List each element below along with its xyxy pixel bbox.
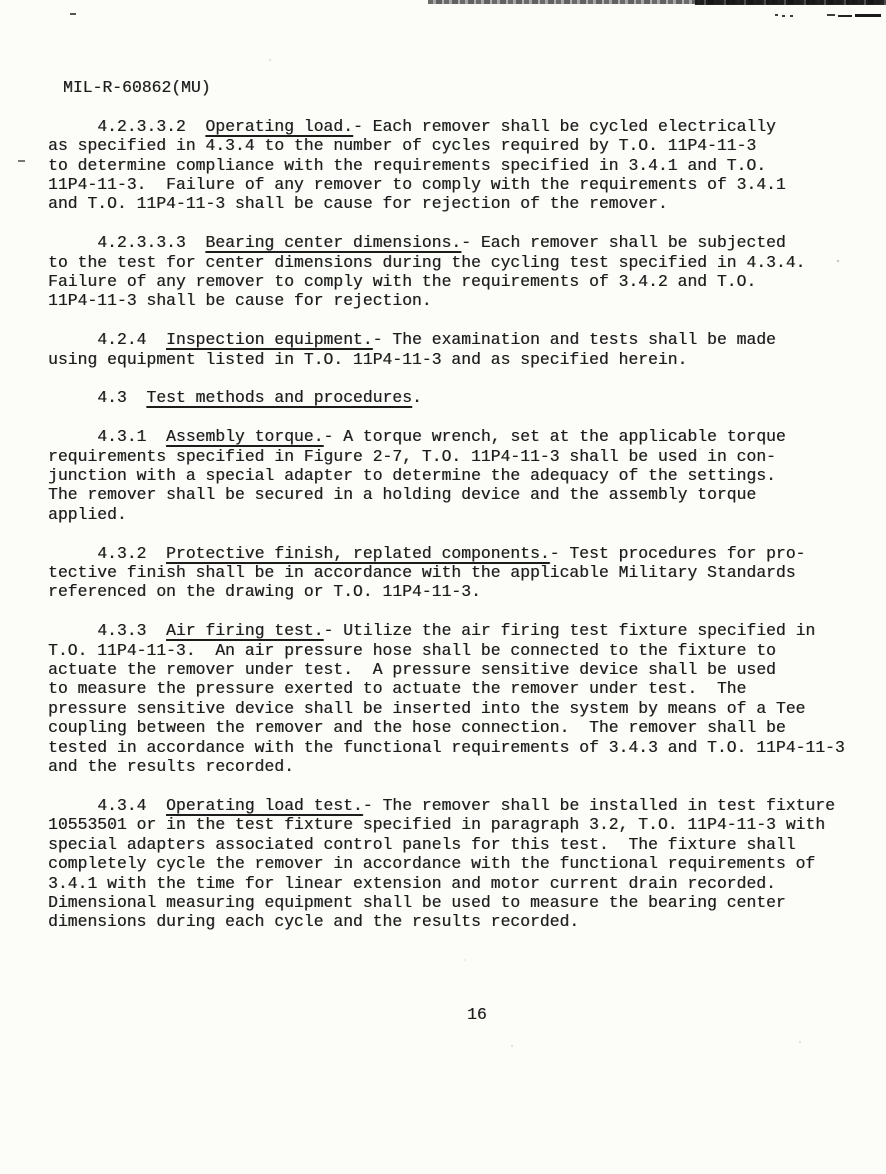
heading-4-3: 4.3 Test methods and procedures. [48,388,863,407]
section-title: Bearing center dimensions. [205,233,461,252]
document-page: MIL-R-60862(MU) 4.2.3.3.2 Operating load… [48,78,863,932]
section-body: . [412,388,422,407]
section-number: 4.3.3 [48,621,166,640]
section-title: Air firing test. [166,621,323,640]
scan-speck [18,160,25,162]
paragraph-4-2-3-3-2: 4.2.3.3.2 Operating load.- Each remover … [48,117,863,214]
section-number: 4.2.4 [48,330,166,349]
scan-artifact-top-band-dark [695,0,886,5]
scan-speck [790,15,793,17]
section-title: Protective finish, replated components. [166,544,550,563]
section-number: 4.2.3.3.3 [48,233,205,252]
scan-speck [775,14,778,16]
section-number: 4.2.3.3.2 [48,117,205,136]
paragraph-4-3-4: 4.3.4 Operating load test.- The remover … [48,796,863,932]
scan-speck [70,13,76,15]
section-body: - The remover shall be installed in test… [48,796,835,931]
paragraph-4-2-4: 4.2.4 Inspection equipment.- The examina… [48,330,863,369]
section-title: Operating load. [205,117,353,136]
section-body: - Utilize the air firing test fixture sp… [48,621,845,776]
scan-dash [827,14,835,16]
section-title: Operating load test. [166,796,363,815]
section-title: Assembly torque. [166,427,323,446]
section-number: 4.3 [48,388,146,407]
section-number: 4.3.4 [48,796,166,815]
paragraph-4-3-2: 4.3.2 Protective finish, replated compon… [48,544,863,602]
paragraph-4-2-3-3-3: 4.2.3.3.3 Bearing center dimensions.- Ea… [48,233,863,311]
section-title: Test methods and procedures [146,388,412,407]
section-title: Inspection equipment. [166,330,373,349]
page-number: 16 [467,1005,487,1024]
scan-dash [855,14,881,17]
document-number: MIL-R-60862(MU) [63,78,863,97]
section-number: 4.3.2 [48,544,166,563]
paragraph-4-3-1: 4.3.1 Assembly torque.- A torque wrench,… [48,427,863,524]
scan-dash [838,15,852,17]
section-number: 4.3.1 [48,427,166,446]
scan-speck [782,15,785,17]
paragraph-4-3-3: 4.3.3 Air firing test.- Utilize the air … [48,621,863,776]
